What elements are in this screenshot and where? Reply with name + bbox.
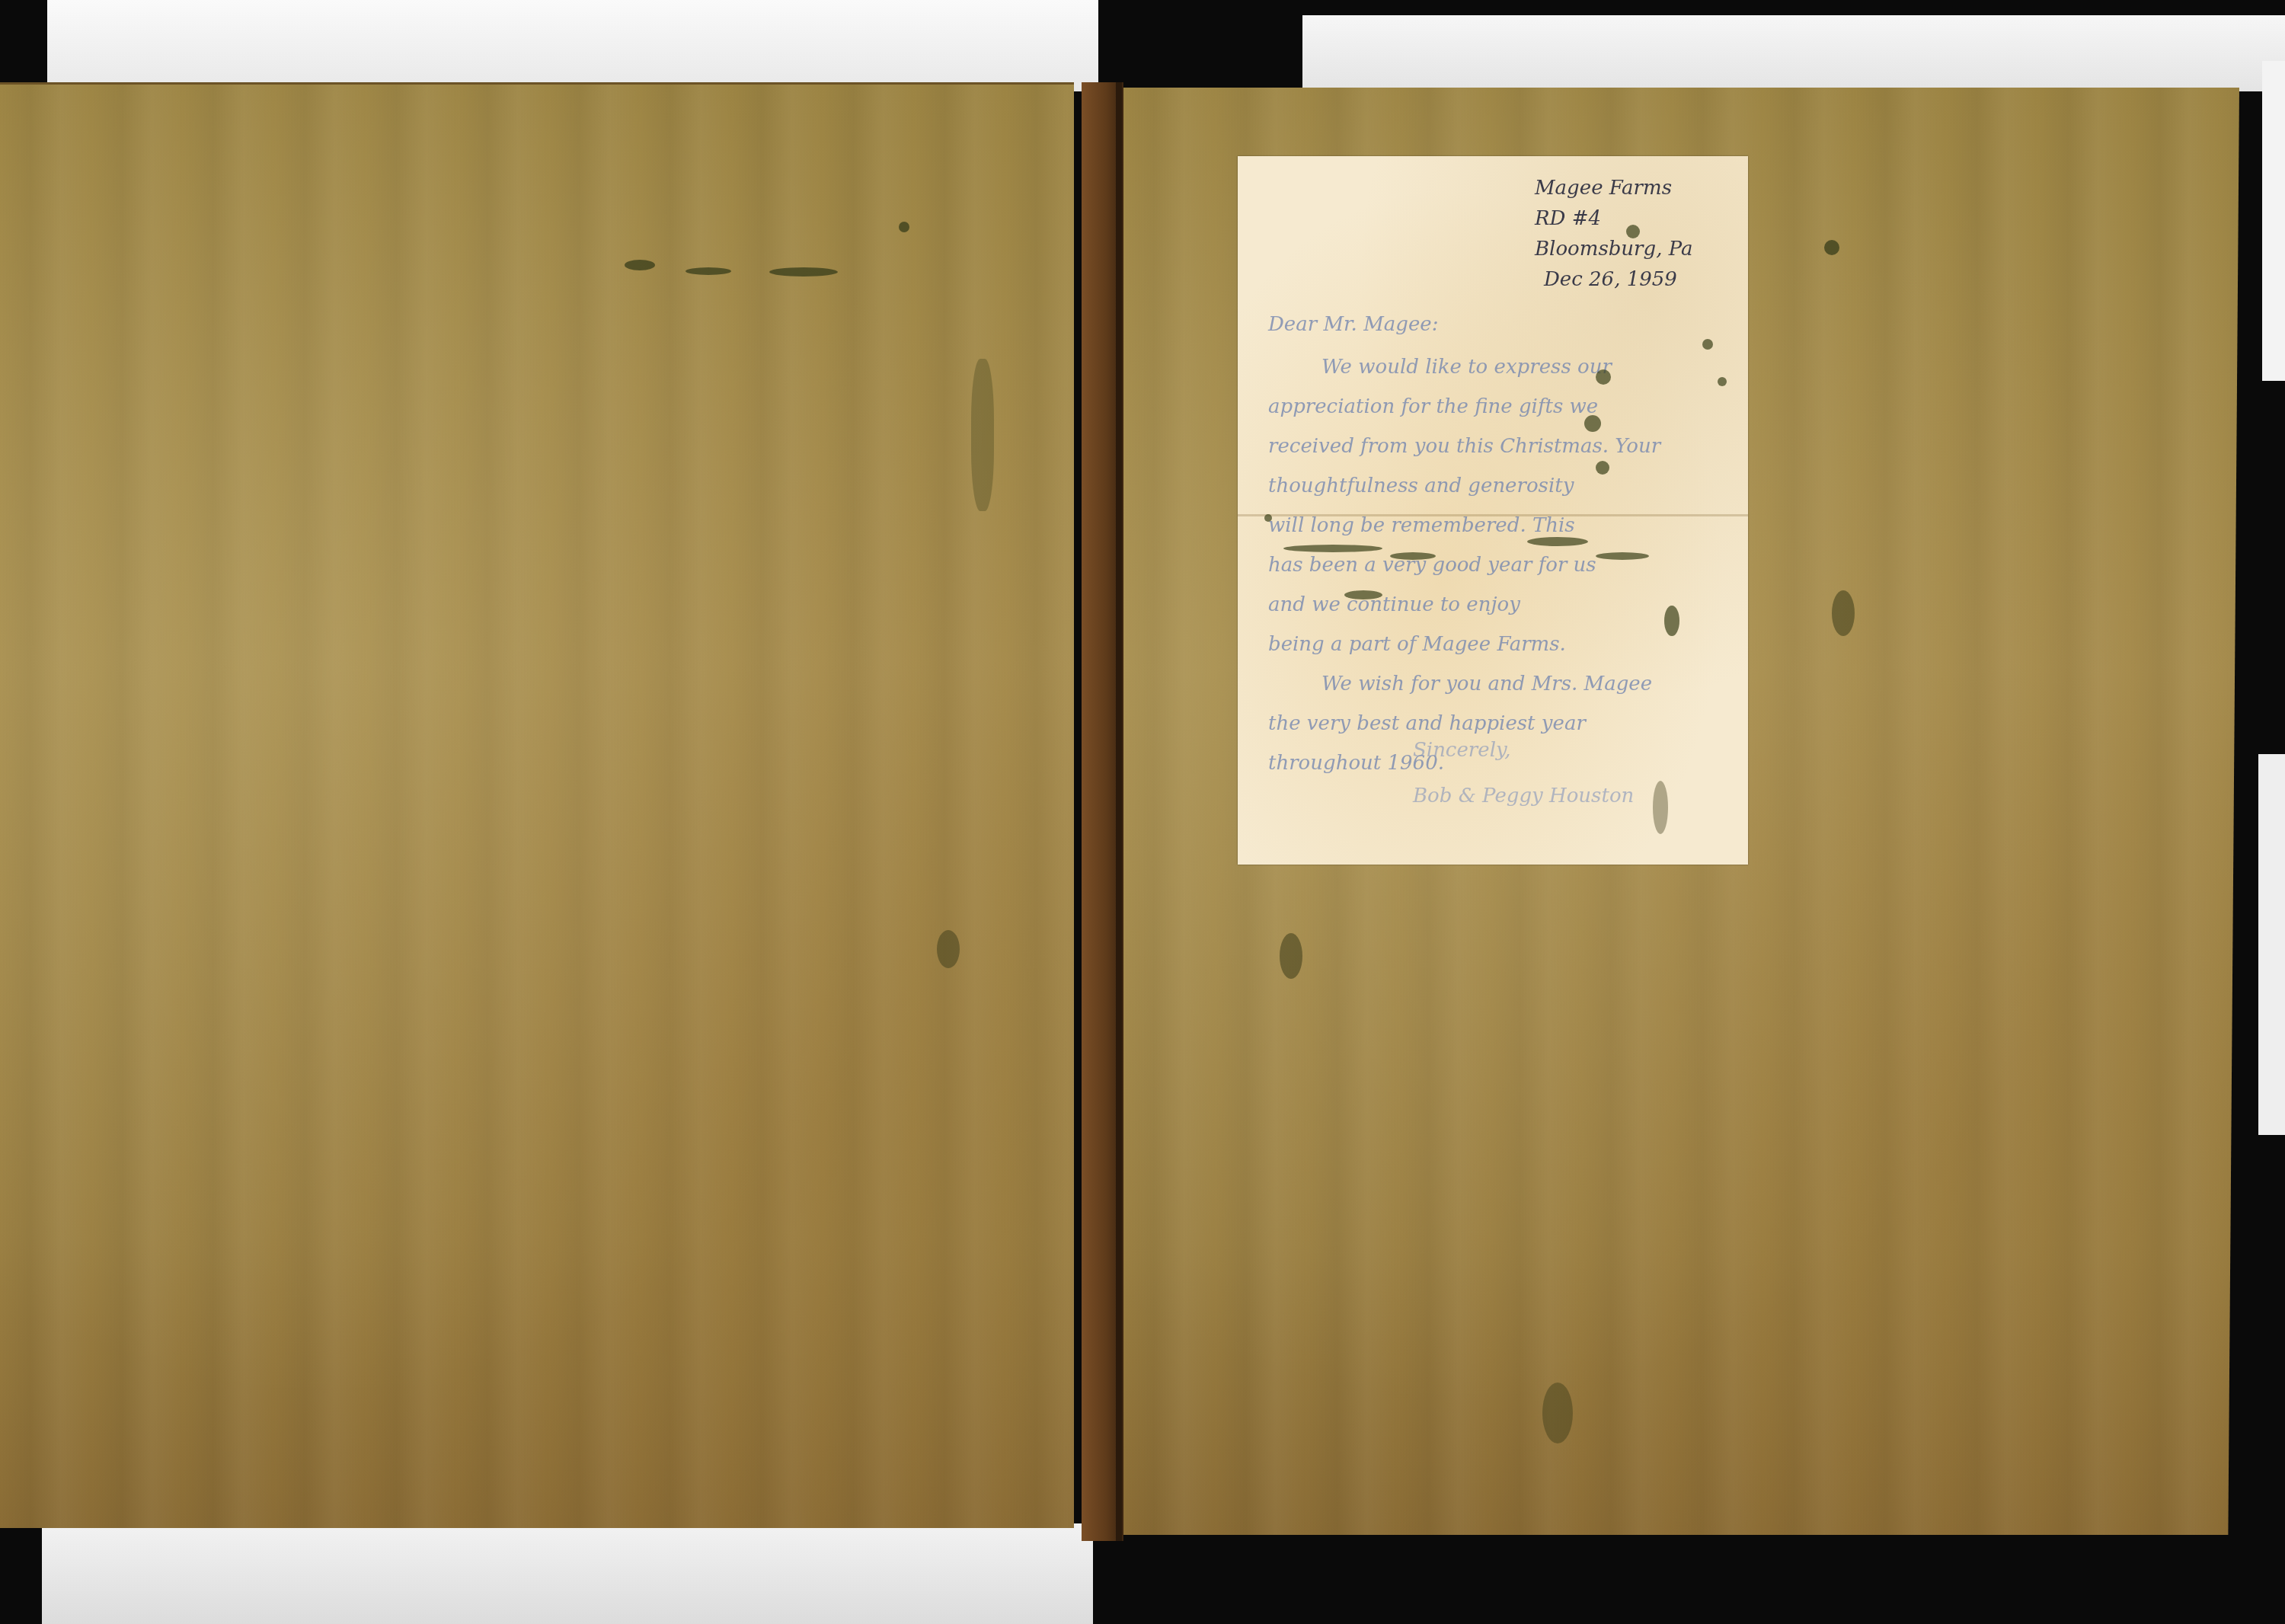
letter-line: thoughtfulness and generosity bbox=[1268, 466, 1725, 506]
mold-patch bbox=[971, 359, 994, 511]
background-white-sheet-top-right bbox=[1302, 15, 2285, 91]
letter-line: appreciation for the fine gifts we bbox=[1268, 387, 1725, 427]
letter-closing-block: Sincerely, Bob & Peggy Houston bbox=[1413, 727, 1634, 819]
handwritten-letter: Magee Farms RD #4 Bloomsburg, Pa Dec 26,… bbox=[1238, 156, 1748, 865]
mold-patch bbox=[1832, 590, 1855, 636]
mold-spot bbox=[1702, 339, 1713, 350]
mold-streak bbox=[1283, 545, 1382, 552]
mold-patch bbox=[1280, 933, 1302, 979]
mold-patch bbox=[1653, 781, 1668, 834]
letter-line: We would like to express our bbox=[1268, 347, 1725, 387]
mold-spot bbox=[1664, 606, 1679, 636]
mold-streak bbox=[1527, 537, 1588, 546]
mold-spot bbox=[769, 267, 838, 277]
mold-spot bbox=[1596, 369, 1611, 385]
mold-patch bbox=[937, 930, 960, 968]
background-white-strip-right bbox=[2262, 61, 2285, 381]
letter-line: received from you this Christmas. Your bbox=[1268, 427, 1725, 466]
address-line-1: Magee Farms bbox=[1535, 173, 1718, 203]
book-gutter bbox=[1116, 82, 1122, 1541]
mold-streak bbox=[1596, 552, 1649, 560]
letter-date: Dec 26, 1959 bbox=[1535, 264, 1718, 295]
background-white-strip-right-lower bbox=[2258, 754, 2285, 1135]
mold-spot bbox=[1626, 225, 1640, 238]
letter-line: will long be remembered. This bbox=[1268, 506, 1725, 545]
letter-line: We wish for you and Mrs. Magee bbox=[1268, 664, 1725, 704]
mold-spot bbox=[1824, 240, 1839, 255]
mold-spot bbox=[1718, 377, 1727, 386]
letter-signature: Bob & Peggy Houston bbox=[1413, 773, 1634, 819]
letter-salutation: Dear Mr. Magee: bbox=[1268, 305, 1725, 344]
mold-patch bbox=[1542, 1383, 1573, 1443]
letter-line: and we continue to enjoy bbox=[1268, 585, 1725, 625]
mold-streak bbox=[1344, 590, 1382, 599]
letter-closing: Sincerely, bbox=[1413, 727, 1634, 773]
scrapbook-left-page bbox=[0, 82, 1074, 1528]
mold-spot bbox=[1264, 514, 1272, 522]
background-white-sheet-bottom-left bbox=[42, 1523, 1093, 1624]
mold-spot bbox=[899, 222, 909, 232]
letter-line: being a part of Magee Farms. bbox=[1268, 625, 1725, 664]
letter-body: Dear Mr. Magee: We would like to express… bbox=[1268, 305, 1725, 783]
background-white-sheet-top-left bbox=[47, 0, 1098, 91]
mold-spot bbox=[685, 267, 731, 275]
mold-streak bbox=[1390, 552, 1436, 560]
address-line-3: Bloomsburg, Pa bbox=[1535, 234, 1718, 264]
mold-spot bbox=[1584, 415, 1601, 432]
mold-spot bbox=[625, 260, 655, 270]
mold-spot bbox=[1596, 461, 1609, 475]
